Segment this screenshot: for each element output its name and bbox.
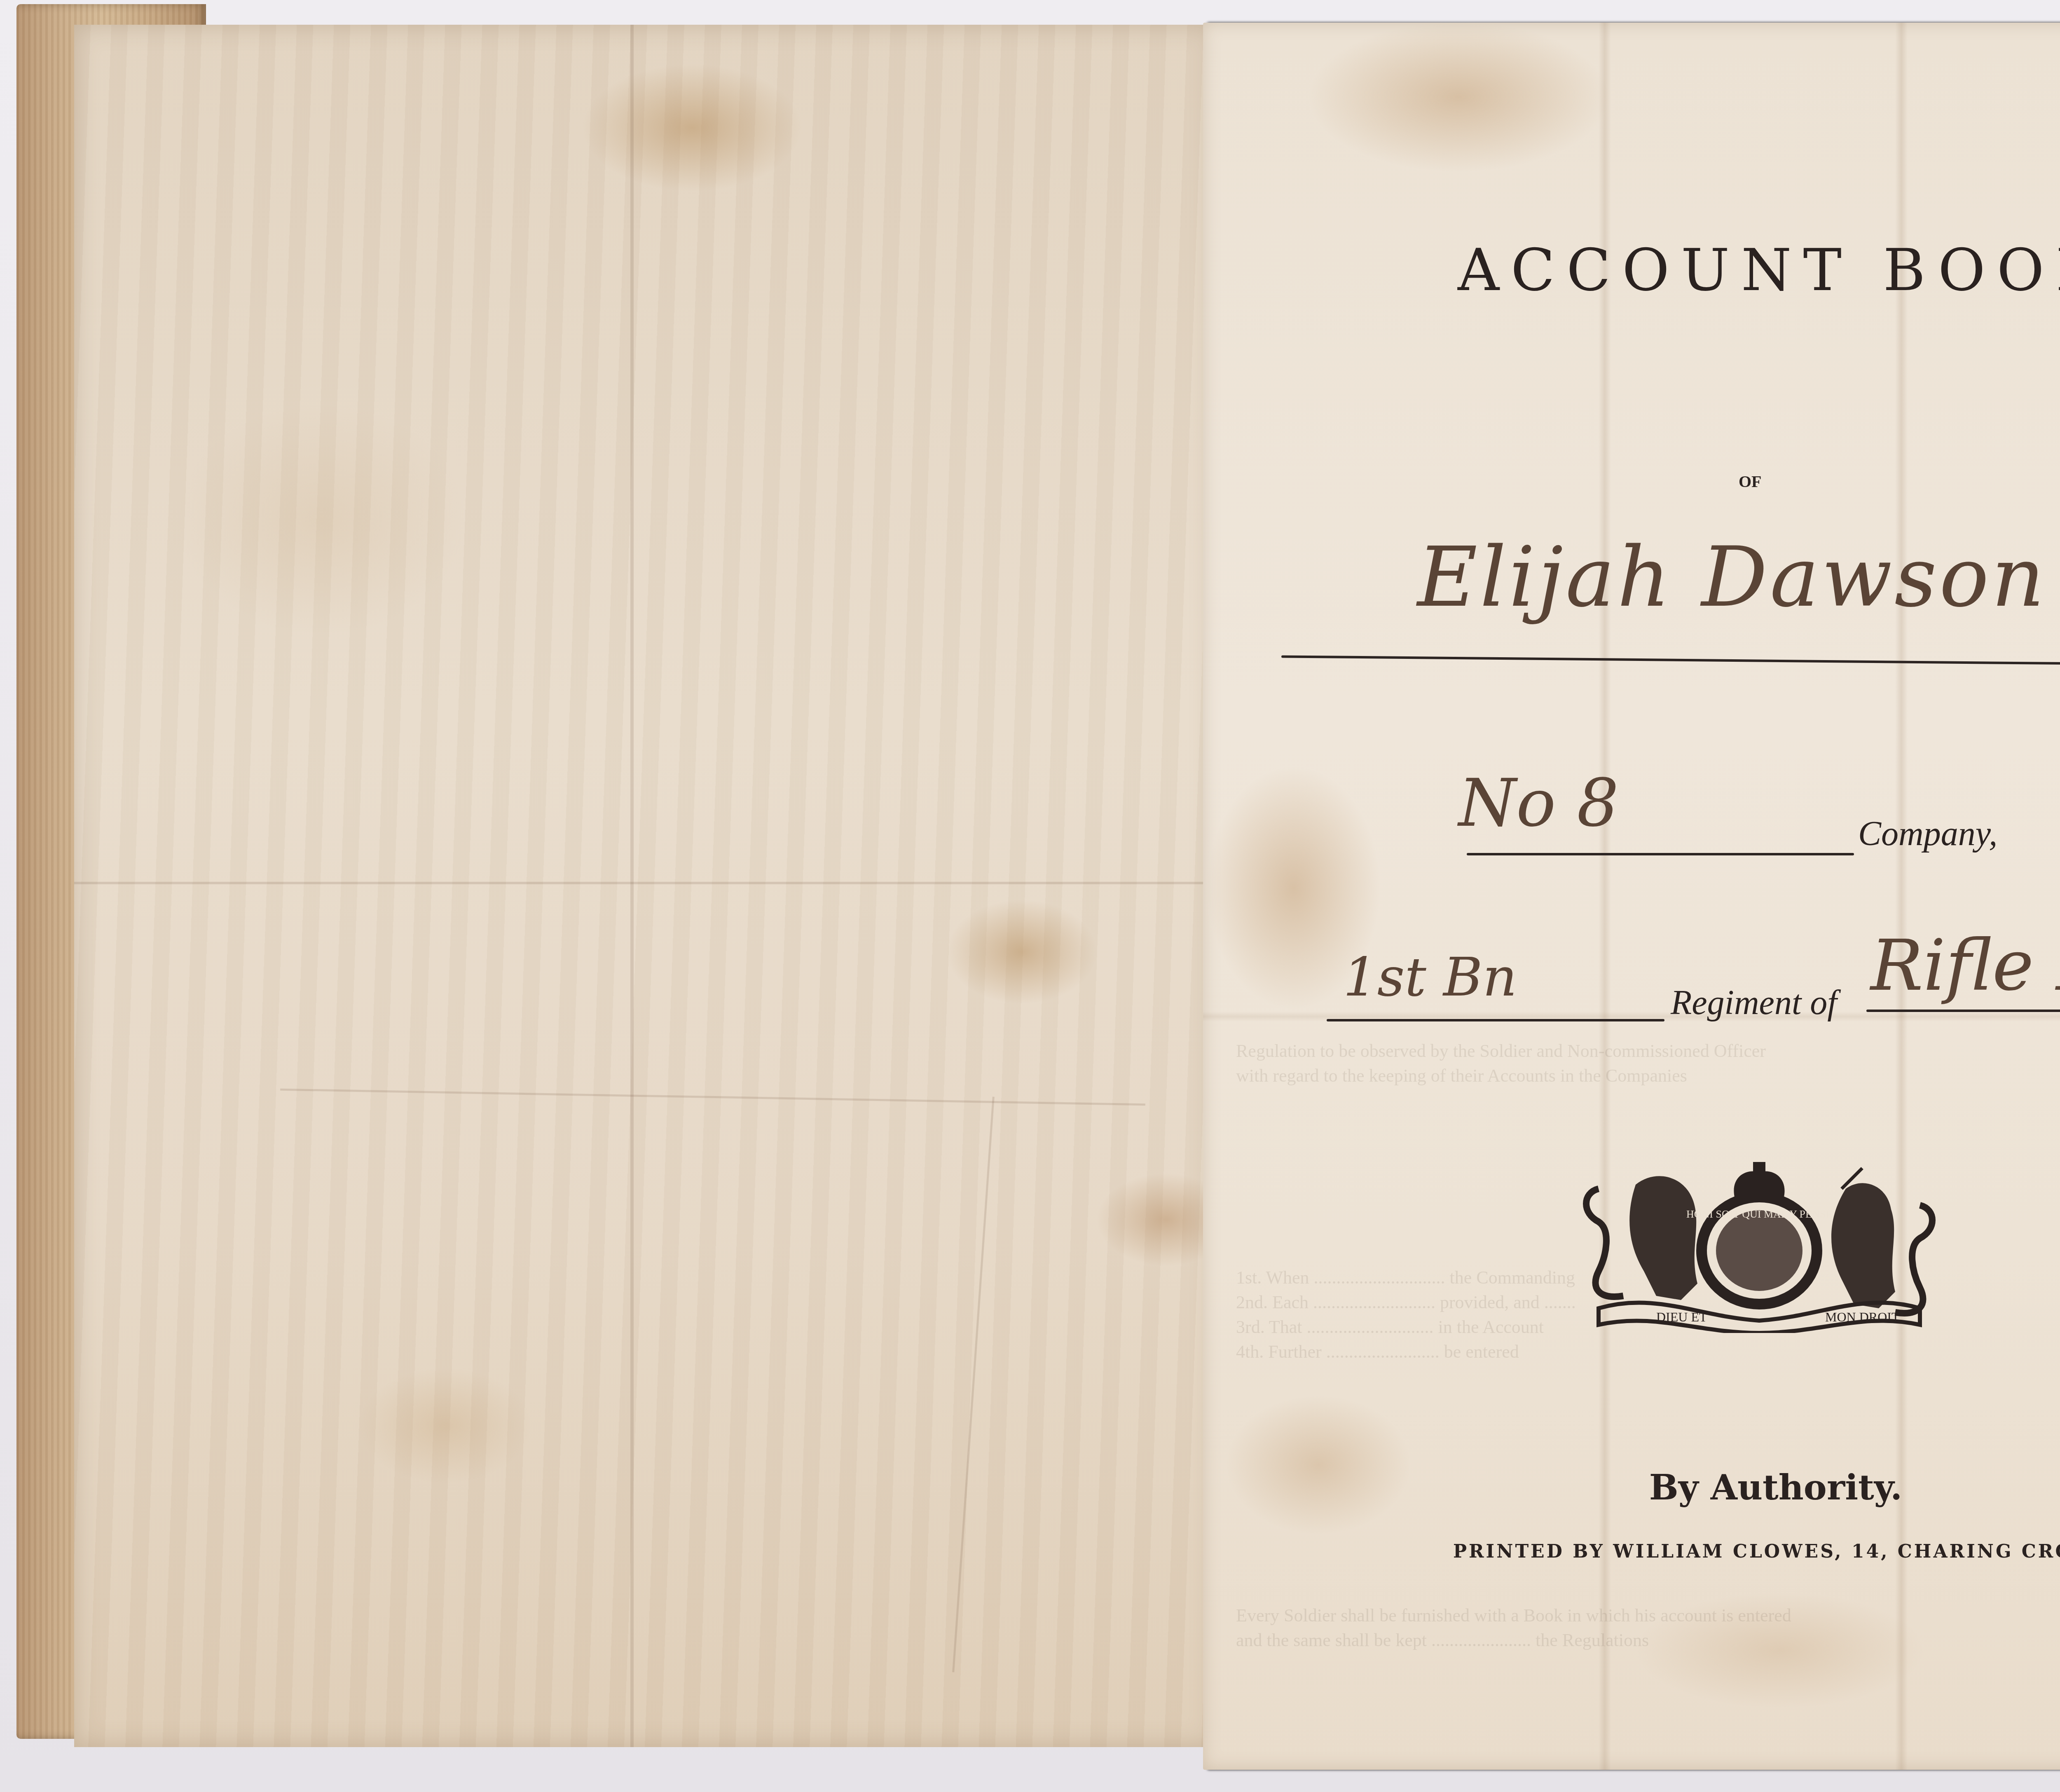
bleed-through-text: 2nd. Each ........................... pr… (1236, 1292, 1576, 1313)
company-underline (1467, 853, 1854, 855)
garter-motto: HONI SOIT QUI MAL Y PENSE (1686, 1208, 1832, 1220)
bleed-through-text: 4th. Further ......................... b… (1236, 1341, 1519, 1362)
document-title: ACCOUNT BOOK (1203, 237, 2060, 304)
svg-text:DIEU ET: DIEU ET (1656, 1309, 1707, 1324)
owner-name-handwriting: Elijah Dawson (1417, 529, 2047, 625)
bleed-through-text: 3rd. That ............................ i… (1236, 1316, 1544, 1338)
bleed-through-text: 1st. When ............................. … (1236, 1267, 1575, 1288)
title-page: Regulation to be observed by the Soldier… (1203, 23, 2060, 1770)
company-label: Company, (1858, 814, 1997, 854)
of-label: OF (1739, 472, 1762, 491)
left-page-blank (74, 25, 1215, 1747)
tear-crease (952, 1097, 995, 1673)
scan-background: Regulation to be observed by the Soldier… (0, 0, 2060, 1792)
name-underline (1281, 655, 2060, 665)
royal-coat-of-arms-icon: HONI SOIT QUI MAL Y PENSE DIEU ET MON DR… (1574, 1160, 1945, 1333)
vertical-fold-crease (630, 25, 634, 1747)
horizontal-fold-crease (74, 882, 1215, 884)
bleed-through-text: and the same shall be kept .............… (1236, 1630, 1649, 1651)
printer-imprint: PRINTED BY WILLIAM CLOWES, 14, CHARING C… (1203, 1541, 2060, 1562)
company-number-handwriting: No 8 (1458, 764, 1619, 841)
svg-text:MON DROIT: MON DROIT (1825, 1309, 1900, 1324)
regiment-number-handwriting: 1st Bn (1343, 946, 1517, 1008)
regiment-name-underline (1866, 1010, 2060, 1012)
regiment-name-handwriting: Rifle Brde (1870, 925, 2060, 1007)
bleed-through-text: with regard to the keeping of their Acco… (1236, 1065, 1687, 1086)
regiment-underline (1327, 1019, 1664, 1021)
bleed-through-text: Regulation to be observed by the Soldier… (1236, 1040, 1766, 1061)
regiment-label: Regiment of (1671, 983, 1837, 1023)
bleed-through-text: Every Soldier shall be furnished with a … (1236, 1605, 1791, 1626)
wrinkle-crease (280, 1089, 1145, 1106)
authority-line: By Authority. (1203, 1467, 2060, 1508)
